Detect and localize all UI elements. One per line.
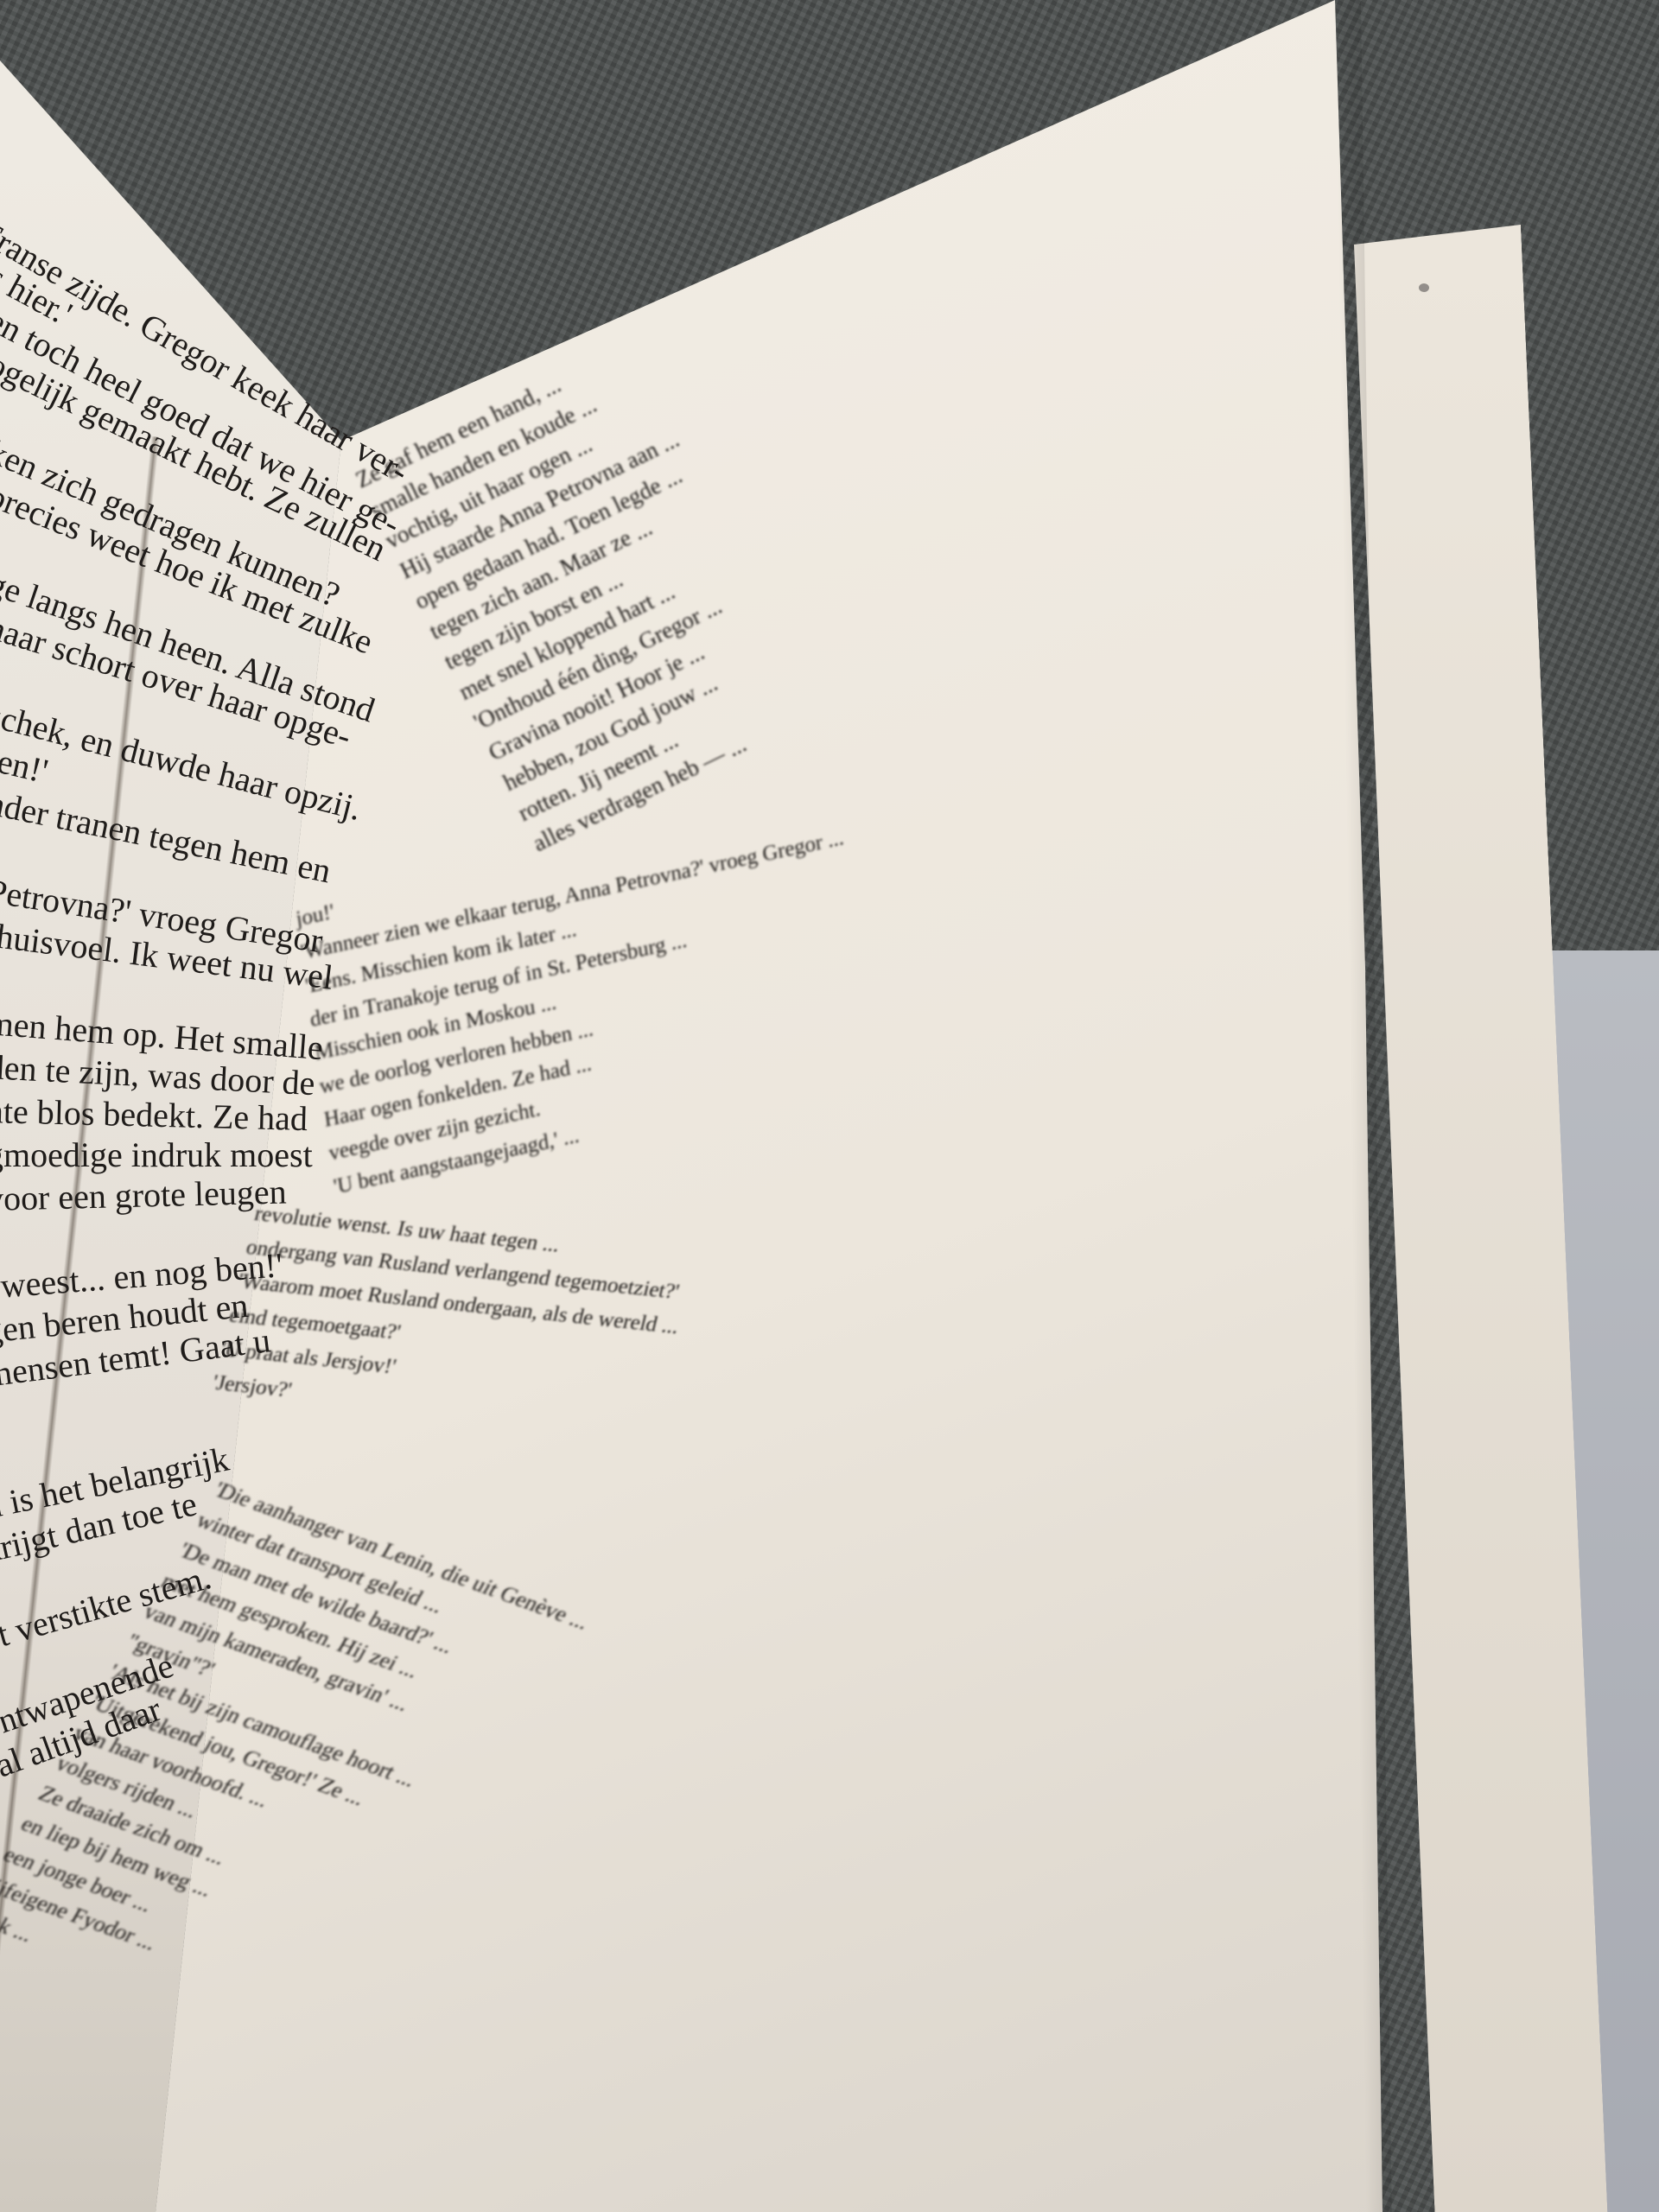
page-spot xyxy=(1419,283,1429,292)
